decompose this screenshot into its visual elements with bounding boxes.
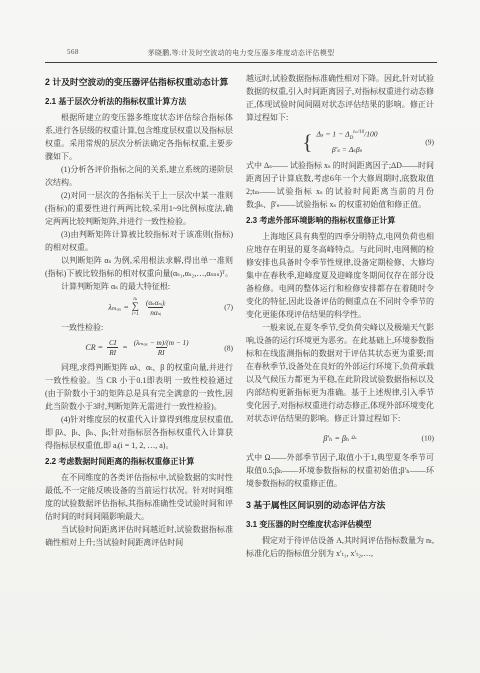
paragraph: (1)分析各评价指标之间的关系,建立系统的递阶层次结构。 xyxy=(45,163,233,189)
fraction: (λₘₐₓ − m)/(m − 1) RI xyxy=(132,338,191,357)
paragraph: 以判断矩阵 αₛ 为例,采用根法求解,得出单一准则(指标)下被比较指标的相对权重… xyxy=(45,254,233,280)
paper-page: 568 茅晓鹏,等:计及时空波动的电力变压器多维度动态评估模型 2 计及时空波动… xyxy=(0,0,480,673)
eq9-line-1: Δₛ = 1 − ΔDtₘ/10/100 xyxy=(316,128,377,144)
eq10-base: β′ₕ = βₕ xyxy=(323,434,349,443)
sum-lower-limit: i=1 xyxy=(132,312,139,317)
eq9-line1-exponent: tₘ/10 xyxy=(353,130,364,135)
paragraph: 一致性检验: xyxy=(45,321,233,334)
fraction-denominator: nαₛᵢ xyxy=(148,307,163,317)
equation-8: CR = CI RI = (λₘₐₓ − m)/(m − 1) RI (8) xyxy=(45,338,233,357)
page-header: 568 茅晓鹏,等:计及时空波动的电力变压器多维度动态评估模型 xyxy=(45,46,437,63)
paragraph: 当试验时间距离评估时间越近时,试验数据指标准确性相对上升;当试验时间距离评估时间 xyxy=(45,523,233,549)
left-column: 2 计及时空波动的变压器评估指标权重动态计算 2.1 基于层次分析法的指标权重计… xyxy=(45,72,233,560)
two-column-body: 2 计及时空波动的变压器评估指标权重动态计算 2.1 基于层次分析法的指标权重计… xyxy=(45,72,437,560)
summation-symbol: nₛ ∑ i=1 xyxy=(132,297,139,317)
equation-number: (9) xyxy=(425,137,434,146)
right-column: 越远时,试验数据指标准确性相对下降。因此,针对试验数据的权重,引入时间距离因子,… xyxy=(246,72,434,560)
running-title: 茅晓鹏,等:计及时空波动的电力变压器多维度动态评估模型 xyxy=(45,48,437,58)
eq10-exponent: Ωₛ xyxy=(351,435,356,441)
brace-symbol: { xyxy=(302,132,312,152)
fraction-numerator: CI xyxy=(107,338,118,347)
paragraph: 上海地区具有典型的四季分明特点,电网负荷也相应地存在明显的夏冬高峰特点。与此同时… xyxy=(246,230,434,321)
eq9-line1-right: /100 xyxy=(364,130,378,139)
equals-sign: = xyxy=(122,343,127,352)
equation-number: (8) xyxy=(224,343,233,352)
equation-system: Δₛ = 1 − ΔDtₘ/10/100 β′ₛ = Δₛβₛ xyxy=(316,128,377,155)
section-3-1-heading: 3.1 变压器的时空维度状态评估模型 xyxy=(246,519,434,531)
eq8-lhs: CR = xyxy=(85,343,103,352)
paragraph: 同理,求得判断矩阵 αλ、αₜ、β 的权重向量,并进行一致性检验。当 CR 小于… xyxy=(45,361,233,413)
paragraph: 在不同维度的各类评估指标中,试验数据的实时性最低,不一定能反映设备的当前运行状况… xyxy=(45,471,233,523)
section-3-heading: 3 基于属性区间识别的动态评估方法 xyxy=(246,498,434,512)
fraction: CI RI xyxy=(107,338,118,357)
eq9-line-2: β′ₛ = Δₛβₛ xyxy=(332,145,362,155)
equation-9: { Δₛ = 1 − ΔDtₘ/10/100 β′ₛ = Δₛβₛ (9) xyxy=(246,128,434,155)
paragraph: 计算判断矩阵 αₛ 的最大特征根: xyxy=(45,280,233,293)
paragraph: 假定对于待评估设备 A,其时间评估指标数量为 nₜ,标准化后的指标值分别为 x′… xyxy=(246,534,434,560)
section-2-2-heading: 2.2 考虑数据时间距离的指标权重修正计算 xyxy=(45,456,233,468)
equation-10: β′ₕ = βₕΩₛ (10) xyxy=(246,429,434,447)
fraction-denominator: RI xyxy=(156,347,167,357)
paragraph: (3)由判断矩阵计算被比较指标对于该准则(指标)的相对权重。 xyxy=(45,228,233,254)
paragraph: (2)对同一层次的各指标关于上一层次中某一准则(指标)的重要性进行两两比较,采用… xyxy=(45,189,233,228)
paragraph: (4)针对维度层的权重代入计算得到维度层权重值,即 βλ、βₜ、βₕ、βₛ;针对… xyxy=(45,413,233,452)
section-2-3-heading: 2.3 考虑外部环境影响的指标权重修正计算 xyxy=(246,215,434,227)
section-2-heading: 2 计及时空波动的变压器评估指标权重动态计算 xyxy=(45,75,233,89)
paragraph: 一般来说,在夏冬季节,受负荷尖峰以及极端天气影响,设备的运行环境更为恶劣。在此基… xyxy=(246,321,434,425)
equation-number: (10) xyxy=(422,434,435,443)
fraction: (αₛαₛᵢ)ᵢ nαₛᵢ xyxy=(144,298,168,317)
paragraph: 式中 Ω——外部季节因子,取值小于1,典型夏冬季节可取值0.5;βₕ——环境参数… xyxy=(246,451,434,490)
eq9-line1-subscript: D xyxy=(350,136,354,141)
section-2-1-heading: 2.1 基于层次分析法的指标权重计算方法 xyxy=(45,96,233,108)
sigma-icon: ∑ xyxy=(132,302,139,312)
paragraph: 越远时,试验数据指标准确性相对下降。因此,针对试验数据的权重,引入时间距离因子,… xyxy=(246,72,434,124)
paragraph: 根据所建立的变压器多维度状态评估综合指标体系,进行各层级的权重计算,包含维度层权… xyxy=(45,111,233,163)
fraction-numerator: (αₛαₛᵢ)ᵢ xyxy=(144,298,168,307)
equation-number: (7) xyxy=(224,303,233,312)
eq7-lhs: λₘₐₓ = xyxy=(108,303,128,312)
fraction-numerator: (λₘₐₓ − m)/(m − 1) xyxy=(132,338,191,347)
eq9-line1-left: Δₛ = 1 − Δ xyxy=(316,130,349,139)
equation-7: λₘₐₓ = nₛ ∑ i=1 (αₛαₛᵢ)ᵢ nαₛᵢ (7) xyxy=(45,297,233,317)
paragraph: 式中 Δₛ—— 试验指标 xₛ 的时间距离因子;ΔD——时间距离因子计算底数,考… xyxy=(246,159,434,211)
fraction-denominator: RI xyxy=(107,347,118,357)
